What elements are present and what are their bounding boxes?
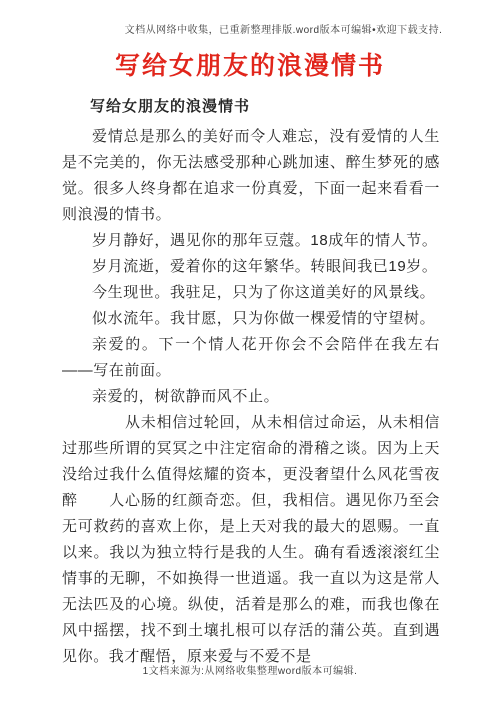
- section-heading: 写给女朋友的浪漫情书: [90, 98, 438, 116]
- paragraph-intro: 爱情总是那么的美好而令人难忘，没有爱情的人生是不完美的，你无法感受那种心跳加速、…: [62, 124, 440, 228]
- paragraph-line-1: 岁月静好，遇见你的那年豆蔻。18成年的情人节。: [62, 228, 440, 254]
- paragraph-line-2: 岁月流逝，爱着你的这年繁华。转眼间我已19岁。: [62, 254, 440, 280]
- paragraph-dedication: 亲爱的。下一个情人花开你会不会陪伴在我左右 ——写在前面。: [62, 332, 440, 384]
- paragraph-opening: 亲爱的，树欲静而风不止。: [62, 384, 440, 410]
- footer-note: 1文档来源为:从网络收集整理word版本可编辑.: [0, 662, 500, 677]
- document-title: 写给女朋友的浪漫情书: [0, 51, 500, 81]
- header-note: 文档从网络中收集，已重新整理排版.word版本可编辑•欢迎下载支持.: [75, 0, 492, 36]
- paragraph-letter-body: 从未相信过轮回，从未相信过命运，从未相信过那些所谓的冥冥之中注定宿命的滑稽之谈。…: [62, 410, 440, 670]
- paragraph-line-4: 似水流年。我甘愿，只为你做一棵爱情的守望树。: [62, 306, 440, 332]
- document-page: 文档从网络中收集，已重新整理排版.word版本可编辑•欢迎下载支持. 写给女朋友…: [0, 0, 500, 707]
- paragraph-line-3: 今生现世。我驻足，只为了你这道美好的风景线。: [62, 280, 440, 306]
- document-body: 爱情总是那么的美好而令人难忘，没有爱情的人生是不完美的，你无法感受那种心跳加速、…: [62, 124, 440, 670]
